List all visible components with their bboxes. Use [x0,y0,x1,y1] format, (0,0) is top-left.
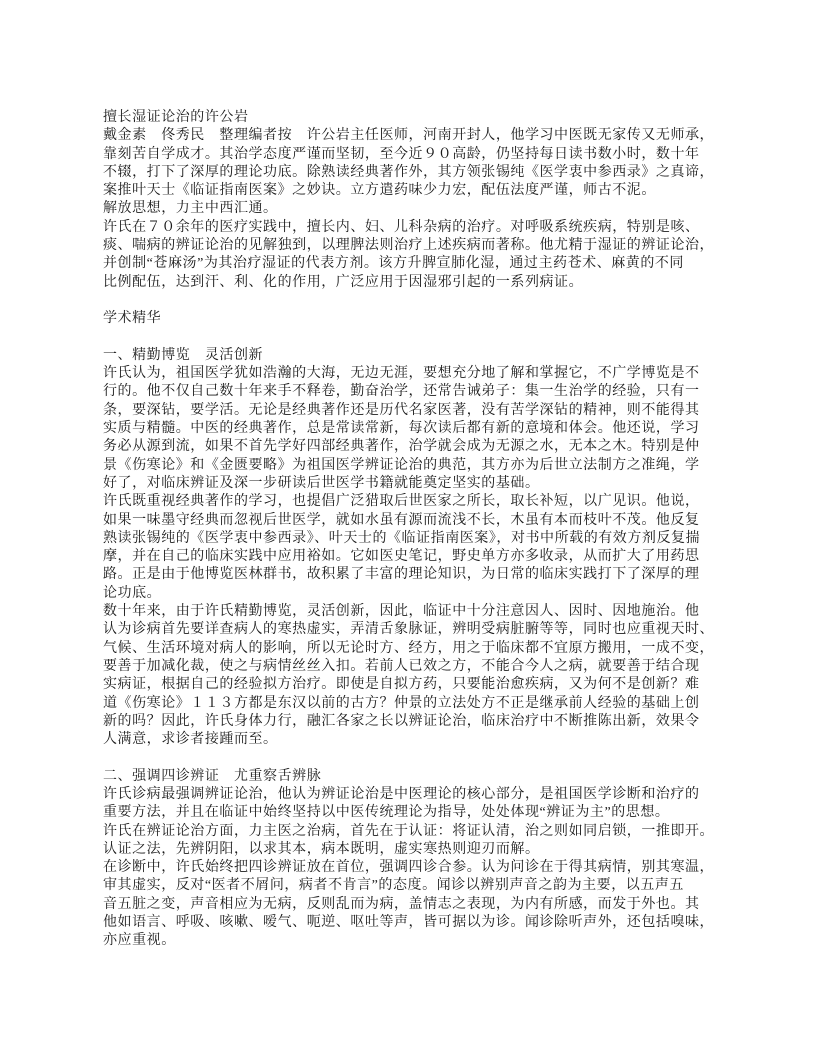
text-line: 亦应重视。 [103,932,723,950]
text-line: 审其虚实，反对“医者不屑问，病者不肯言”的态度。闻诊以辨别声音之韵为主要，以五声… [103,877,723,895]
text-line: 痰、喘病的辨证论治的见解独到，以理脾法则治疗上述疾病而著称。他尤精于湿证的辨证论… [103,237,723,255]
text-line: 气候、生活环境对病人的影响，所以无论时方、经方，用之于临床都不宜原方搬用，一成不… [103,640,723,658]
text-line: 案推叶天士《临证指南医案》之妙诀。立方遣药味少力宏，配伍法度严谨，师古不泥。 [103,182,723,200]
text-line: 路。正是由于他博览医林群书，故积累了丰富的理论知识，为日常的临床实践打下了深厚的… [103,566,723,584]
text-line: 许氏认为，祖国医学犹如浩瀚的大海，无边无涯，要想充分地了解和掌握它，不广学博览是… [103,365,723,383]
subsection-1: 一、精勤博览 灵活创新许氏认为，祖国医学犹如浩瀚的大海，无边无涯，要想充分地了解… [103,347,723,750]
text-line: 行的。他不仅自己数十年来手不释卷，勤奋治学，还常告诫弟子：集一生治学的经验，只有… [103,383,723,401]
text-line: 重要方法，并且在临证中始终坚持以中医传统理论为指导，处处体现“辨证为主”的思想。 [103,804,723,822]
text-line: 比例配伍，达到汗、利、化的作用，广泛应用于因湿邪引起的一系列病证。 [103,274,723,292]
text-line: 务必从源到流，如果不首先学好四部经典著作，治学就会成为无源之水，无本之木。特别是… [103,438,723,456]
text-line: 解放思想，力主中西汇通。 [103,200,723,218]
subsection-2: 二、强调四诊辨证 尤重察舌辨脉许氏诊病最强调辨证论治，他认为辨证论治是中医理论的… [103,768,723,951]
text-line: 实质与精髓。中医的经典著作，总是常读常新，每次读后都有新的意境和体会。他还说，学… [103,420,723,438]
editor-note-paragraphs: 戴金素 佟秀民 整理编者按 许公岩主任医师，河南开封人，他学习中医既无家传又无师… [103,127,723,292]
section-label: 学术精华 [103,310,723,328]
text-line: 实病证，根据自己的经验拟方治疗。即使是自拟方药，只要能治愈疾病，又为何不是创新？… [103,676,723,694]
text-line: 人满意，求诊者接踵而至。 [103,731,723,749]
text-line: 如果一味墨守经典而忽视后世医学，就如水虽有源而流浅不长，木虽有本而枝叶不茂。他反… [103,512,723,530]
text-line: 并创制“苍麻汤”为其治疗湿证的代表方剂。该方升脾宣肺化湿，通过主药苍术、麻黄的不… [103,255,723,273]
text-line: 景《伤寒论》和《金匮要略》为祖国医学辨证论治的典范，其方亦为后世立法制方之准绳，… [103,457,723,475]
text-line: 许氏在辨证论治方面，力主医之治病，首先在于认证：将证认清，治之则如同启锁，一推即… [103,823,723,841]
subsection-1-heading: 一、精勤博览 灵活创新 [103,347,723,365]
text-line: 摩，并在自己的临床实践中应用裕如。它如医史笔记，野史单方亦多收录，从而扩大了用药… [103,548,723,566]
text-line: 新的吗？因此，许氏身体力行，融汇各家之长以辨证论治，临床治疗中不断推陈出新，效果… [103,713,723,731]
text-line: 他如语言、呼吸、咳嗽、嗳气、呃逆、呕吐等声，皆可据以为诊。闻诊除听声外，还包括嗅… [103,914,723,932]
text-line: 道《伤寒论》１１３方都是东汉以前的古方？仲景的立法处方不正是继承前人经验的基础上… [103,695,723,713]
document-text-area: 擅长湿证论治的许公岩 戴金素 佟秀民 整理编者按 许公岩主任医师，河南开封人，他… [103,109,723,951]
text-line: 许氏在７０余年的医疗实践中，擅长内、妇、儿科杂病的治疗。对呼吸系统疾病，特别是咳… [103,219,723,237]
text-line: 条，要深钻，要学活。无论是经典著作还是历代名家医著，没有苦学深钻的精神，则不能得… [103,402,723,420]
text-line: 要善于加减化裁，使之与病情丝丝入扣。若前人已效之方，不能合今人之病，就要善于结合… [103,658,723,676]
text-line: 学术精华 [103,310,723,328]
text-line: 许氏诊病最强调辨证论治，他认为辨证论治是中医理论的核心部分，是祖国医学诊断和治疗… [103,786,723,804]
text-line: 认证之法，先辨阴阳，以求其本，病本既明，虚实寒热则迎刃而解。 [103,841,723,859]
text-line: 靠刻苦自学成才。其治学态度严谨而坚韧，至今近９０高龄，仍坚持每日读书数小时，数十… [103,146,723,164]
text-line: 认为诊病首先要详查病人的寒热虚实，弄清舌象脉证，辨明受病脏腑等等，同时也应重视天… [103,621,723,639]
text-line: 戴金素 佟秀民 整理编者按 许公岩主任医师，河南开封人，他学习中医既无家传又无师… [103,127,723,145]
document-title: 擅长湿证论治的许公岩 [103,109,723,127]
text-line: 在诊断中，许氏始终把四诊辨证放在首位，强调四诊合参。认为问诊在于得其病情，别其寒… [103,859,723,877]
text-line: 不辍，打下了深厚的理论功底。除熟读经典著作外，其方领张锡纯《医学衷中参西录》之真… [103,164,723,182]
text-line: 数十年来，由于许氏精勤博览，灵活创新，因此，临证中十分注意因人、因时、因地施治。… [103,603,723,621]
text-line: 论功底。 [103,585,723,603]
text-line: 好了，对临床辨证及深一步研读后世医学书籍就能奠定坚实的基础。 [103,475,723,493]
document-blocks: 戴金素 佟秀民 整理编者按 许公岩主任医师，河南开封人，他学习中医既无家传又无师… [103,127,723,950]
text-line: 熟读张锡纯的《医学衷中参西录》、叶天士的《临证指南医案》，对书中所载的有效方剂反… [103,530,723,548]
subsection-2-heading: 二、强调四诊辨证 尤重察舌辨脉 [103,768,723,786]
text-line: 许氏既重视经典著作的学习，也提倡广泛猎取后世医家之所长，取长补短，以广见识。他说… [103,493,723,511]
document-page: 擅长湿证论治的许公岩 戴金素 佟秀民 整理编者按 许公岩主任医师，河南开封人，他… [0,0,816,1056]
text-line: 音五脏之变，声音相应为无病，反则乱而为病，盖情志之表现，为内有所感，而发于外也。… [103,896,723,914]
